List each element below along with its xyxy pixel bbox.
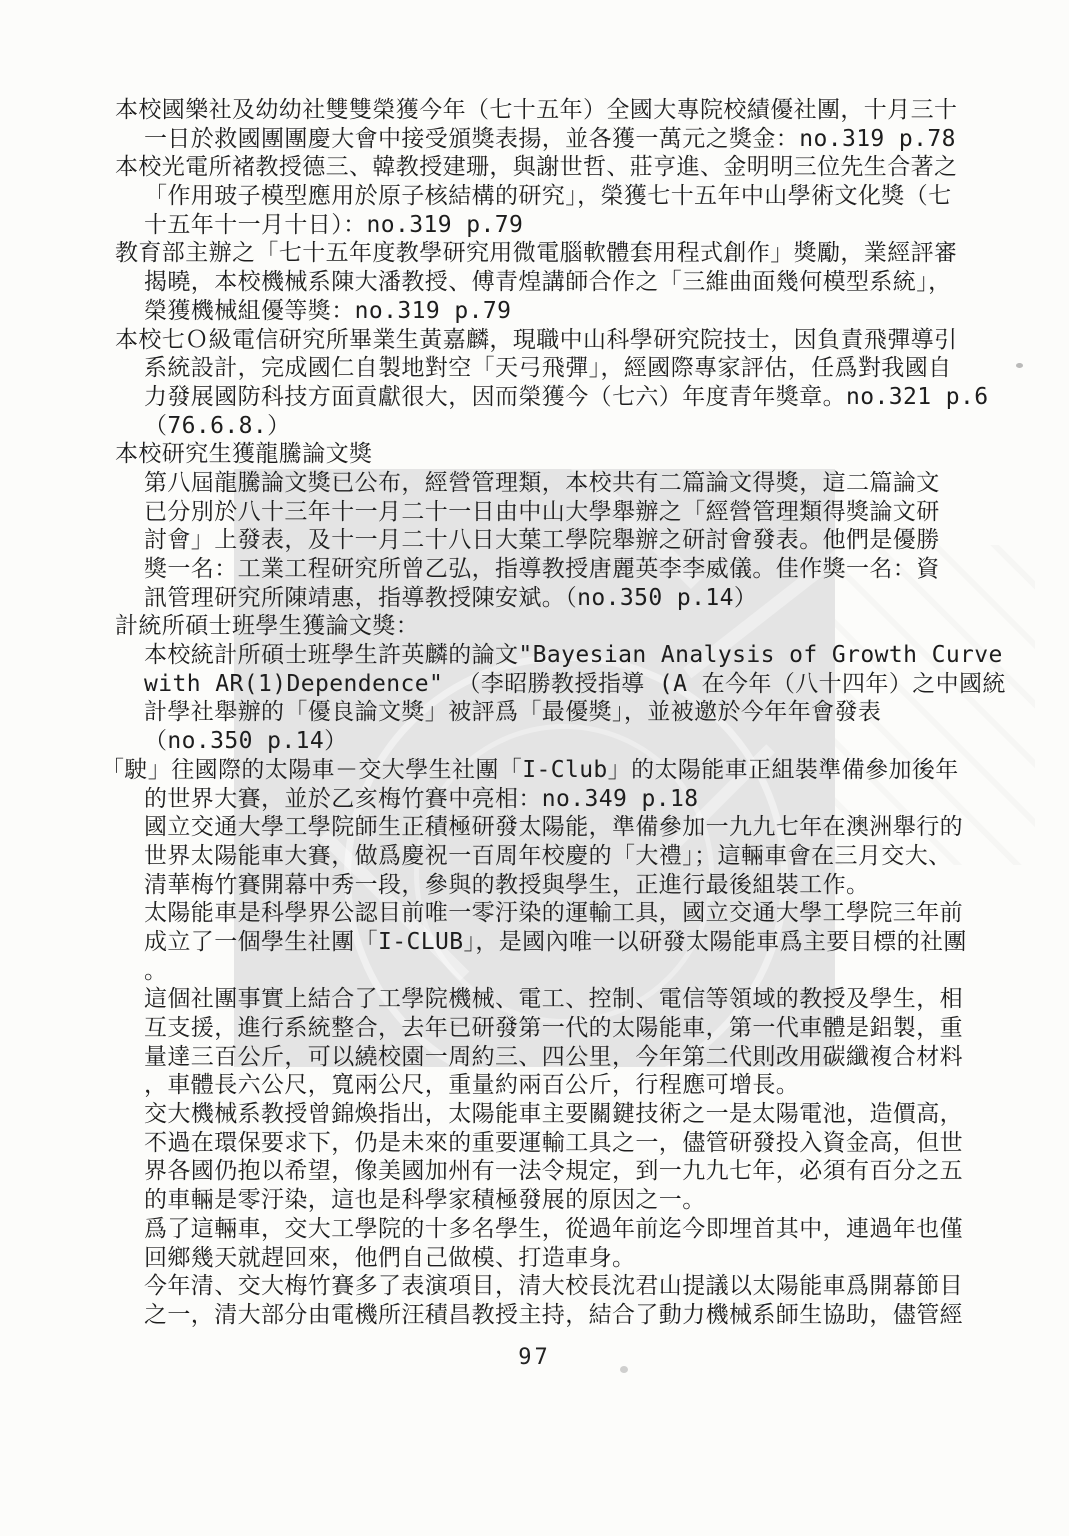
text-line: 計學社舉辦的「優良論文獎」被評爲「最優獎」，並被邀於今年年會發表: [144, 698, 1035, 727]
text-line: 已分別於八十三年十一月二十一日由中山大學舉辦之「經營管理類得獎論文研: [144, 498, 1035, 527]
text-line: 成立了一個學生社團「I-CLUB」，是國內唯一以研發太陽能車爲主要目標的社團: [144, 928, 1035, 957]
text-line: 今年清、交大梅竹賽多了表演項目，清大校長沈君山提議以太陽能車爲開幕節目: [144, 1272, 1035, 1301]
page-number: 97: [0, 1345, 1069, 1370]
text-line: 一日於救國團團慶大會中接受頒獎表揚，並各獲一萬元之獎金：no.319 p.78: [144, 125, 1035, 154]
text-line: 討會」上發表，及十一月二十八日大葉工學院舉辦之研討會發表。他們是優勝: [144, 526, 1035, 555]
text-line: 太陽能車是科學界公認目前唯一零汙染的運輸工具，國立交通大學工學院三年前: [144, 899, 1035, 928]
text-line: 互支援，進行系統整合，去年已研發第一代的太陽能車，第一代車體是鋁製，重: [144, 1014, 1035, 1043]
scanned-document-page: 本校國樂社及幼幼社雙雙榮獲今年（七十五年）全國大專院校績優社團，十月三十一日於救…: [0, 0, 1069, 1536]
text-line: 系統設計，完成國仁自製地對空「天弓飛彈」，經國際專家評估，任爲對我國自: [144, 354, 1035, 383]
text-line: 不過在環保要求下，仍是未來的重要運輸工具之一，儘管研發投入資金高，但世: [144, 1129, 1035, 1158]
text-line: 本校研究生獲龍騰論文獎: [115, 440, 1035, 469]
text-line: 「駛」往國際的太陽車－交大學生社團「I-Club」的太陽能車正組裝準備參加後年: [101, 756, 1035, 785]
text-line: 界各國仍抱以希望，像美國加州有一法令規定，到一九九七年，必須有百分之五: [144, 1157, 1035, 1186]
text-line: 之一，清大部分由電機所汪積昌教授主持，結合了動力機械系師生協助，儘管經: [144, 1301, 1035, 1330]
text-line: 這個社團事實上結合了工學院機械、電工、控制、電信等領域的教授及學生，相: [144, 985, 1035, 1014]
text-line: 交大機械系教授曾錦煥指出，太陽能車主要關鍵技術之一是太陽電池，造價高，: [144, 1100, 1035, 1129]
text-line: （no.350 p.14）: [144, 727, 1035, 756]
text-line: 獎一名：工業工程研究所曾乙弘，指導教授唐麗英李李威儀。佳作獎一名：資: [144, 555, 1035, 584]
text-line: 的車輛是零汙染，這也是科學家積極發展的原因之一。: [144, 1186, 1035, 1215]
text-line: 量達三百公斤，可以繞校園一周約三、四公里，今年第二代則改用碳纖複合材料: [144, 1043, 1035, 1072]
text-line: 的世界大賽，並於乙亥梅竹賽中亮相：no.349 p.18: [144, 785, 1035, 814]
text-line: 教育部主辦之「七十五年度教學研究用微電腦軟體套用程式創作」獎勵，業經評審: [115, 239, 1035, 268]
text-line: 十五年十一月十日）：no.319 p.79: [144, 211, 1035, 240]
text-line: 訊管理研究所陳靖惠，指導教授陳安斌。（no.350 p.14）: [144, 584, 1035, 613]
text-line: 揭曉，本校機械系陳大潘教授、傅青煌講師合作之「三維曲面幾何模型系統」，: [144, 268, 1035, 297]
text-line: 爲了這輛車，交大工學院的十多名學生，從過年前迄今即埋首其中，連過年也僅: [144, 1215, 1035, 1244]
text-line: 計統所碩士班學生獲論文獎：: [115, 612, 1035, 641]
text-line: 「作用玻子模型應用於原子核結構的研究」，榮獲七十五年中山學術文化獎（七: [144, 182, 1035, 211]
text-line: 第八屆龍騰論文獎已公布，經營管理類，本校共有二篇論文得獎，這二篇論文: [144, 469, 1035, 498]
text-line: 本校七Ｏ級電信研究所畢業生黃嘉麟，現職中山科學研究院技士，因負責飛彈導引: [115, 326, 1035, 355]
text-line: （76.6.8.）: [144, 412, 1035, 441]
text-line: ，車體長六公尺，寬兩公尺，重量約兩百公斤，行程應可增長。: [144, 1071, 1035, 1100]
text-line: 力發展國防科技方面貢獻很大，因而榮獲今（七六）年度青年獎章。no.321 p.6: [144, 383, 1035, 412]
text-line: 國立交通大學工學院師生正積極研發太陽能，準備參加一九九七年在澳洲舉行的: [144, 813, 1035, 842]
text-line: 世界太陽能車大賽，做爲慶祝一百周年校慶的「大禮」；這輛車會在三月交大、: [144, 842, 1035, 871]
text-line: with AR(1)Dependence" （李昭勝教授指導 (A 在今年（八十…: [144, 670, 1035, 699]
text-line: 本校國樂社及幼幼社雙雙榮獲今年（七十五年）全國大專院校績優社團，十月三十: [115, 96, 1035, 125]
text-line: 。: [144, 957, 1035, 986]
text-line: 本校光電所褚教授德三、韓教授建珊，與謝世哲、莊亨進、金明明三位先生合著之: [115, 153, 1035, 182]
text-line: 回鄉幾天就趕回來，他們自己做模、打造車身。: [144, 1244, 1035, 1273]
document-text-body: 本校國樂社及幼幼社雙雙榮獲今年（七十五年）全國大專院校績優社團，十月三十一日於救…: [115, 96, 1035, 1330]
text-line: 榮獲機械組優等獎：no.319 p.79: [144, 297, 1035, 326]
text-line: 本校統計所碩士班學生許英麟的論文"Bayesian Analysis of Gr…: [144, 641, 1035, 670]
text-line: 清華梅竹賽開幕中秀一段，參與的教授與學生，正進行最後組裝工作。: [144, 871, 1035, 900]
